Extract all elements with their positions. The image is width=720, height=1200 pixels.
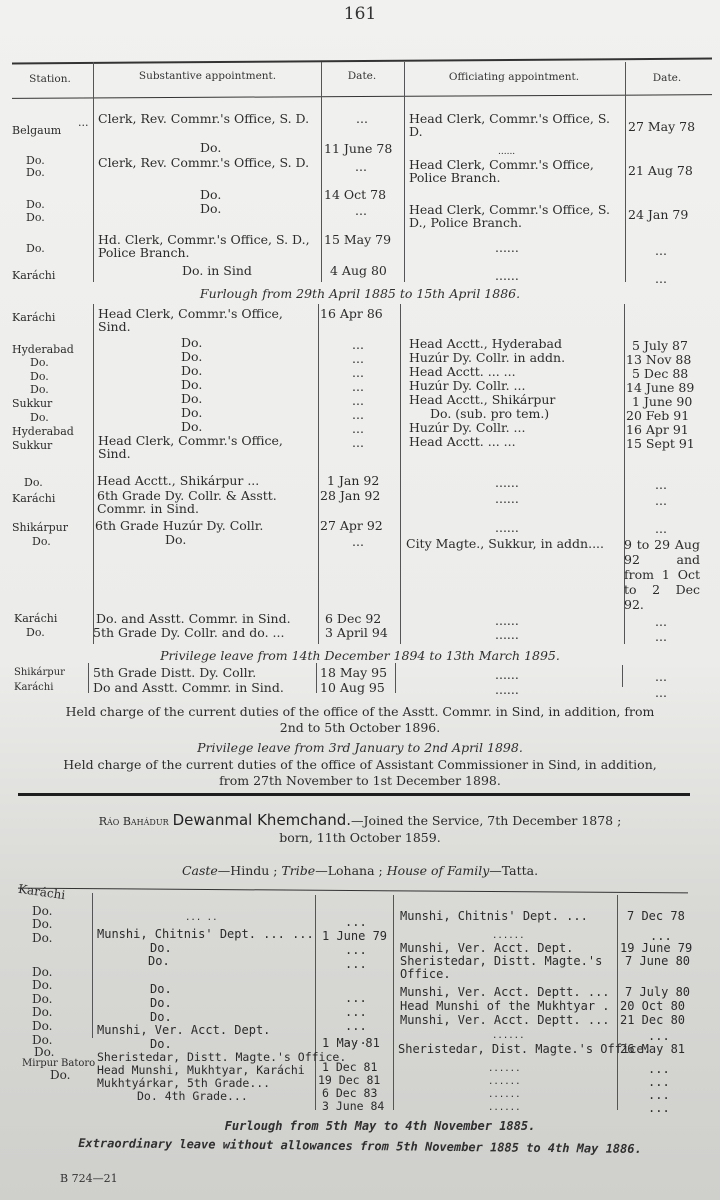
date-substantive: ...	[352, 422, 364, 435]
furlough-note: Furlough from 5th May to 4th November 18…	[20, 1119, 720, 1133]
section-separator	[18, 793, 690, 796]
header-date-1: Date.	[322, 70, 402, 82]
date-substantive: 1 June 79	[322, 930, 387, 943]
officiating-appointment: Sheristedar, Distt. Magte.'s Office.	[400, 955, 614, 981]
header-substantive: Substantive appointment.	[95, 70, 320, 82]
station: Do.	[32, 1020, 52, 1033]
date-officiating: 20 Oct 80	[620, 1000, 685, 1013]
tribe-value: —Lohana ;	[315, 863, 387, 878]
substantive-appointment: Do.	[181, 406, 202, 419]
station: Do.	[50, 1069, 70, 1082]
substantive-appointment: Do.	[148, 955, 170, 968]
station: Do.	[32, 918, 52, 931]
station: Karáchi	[17, 883, 66, 902]
paragraph-line: Held charge of the current duties of the…	[40, 757, 680, 773]
date-substantive: ...	[352, 436, 364, 449]
date-officiating: 27 May 78	[628, 120, 695, 133]
officiating-dots: ......	[488, 1076, 521, 1089]
officiating-appointment: Munshi, Ver. Acct. Deptt. ...	[400, 986, 610, 999]
station: Karáchi	[14, 612, 57, 625]
header-bottom-rule	[12, 94, 712, 99]
substantive-appointment: 5th Grade Dy. Collr. and do. ...	[93, 626, 284, 639]
date-substantive: ...	[345, 916, 367, 929]
officiating-dots: ......	[495, 269, 519, 282]
date-substantive: ...	[352, 408, 364, 421]
station: Shikárpur	[14, 666, 65, 679]
date-substantive: 10 Aug 95	[320, 681, 385, 694]
substantive-text: Hd. Clerk, Commr.'s Office, S. D., Polic…	[98, 232, 310, 260]
held-charge-paragraph-1: Held charge of the current duties of the…	[40, 704, 680, 736]
substantive-appointment: Do.	[181, 392, 202, 405]
station: Do.	[26, 242, 45, 255]
column-divider	[393, 895, 394, 1110]
privilege-leave-note: Privilege leave from 3rd January to 2nd …	[0, 740, 720, 755]
date-officiating: ...	[648, 1102, 670, 1115]
paragraph-line: 2nd to 5th October 1896.	[40, 720, 680, 736]
column-divider	[617, 895, 618, 1110]
column-divider	[88, 663, 89, 693]
station: Sukkur	[12, 397, 52, 410]
officiating-dots: ......	[495, 521, 519, 534]
station: Do.	[32, 535, 51, 548]
date-substantive: ...	[324, 112, 400, 125]
date-officiating: ...	[655, 522, 667, 535]
date-officiating: 24 Jan 79	[628, 208, 688, 221]
substantive-appointment: Do.	[200, 202, 221, 215]
officiating-appointment: Huzúr Dy. Collr. ...	[409, 379, 525, 392]
officiating-appointment: Munshi, Chitnis' Dept. ...	[400, 910, 588, 923]
table-top-rule	[18, 888, 688, 894]
officiating-text: Head Clerk, Commr.'s Office, S. D.	[409, 111, 610, 139]
date-officiating: ...	[655, 272, 667, 285]
date-officiating: ...	[655, 686, 667, 699]
station: Do.	[32, 932, 52, 945]
officiating-text: Head Clerk, Commr.'s Office, Police Bran…	[409, 157, 594, 185]
date-substantive: ...	[345, 992, 367, 1005]
station: Karáchi	[12, 269, 55, 282]
date-substantive: 1 Jan 92	[327, 474, 379, 487]
date-officiating-text: 9 to 29 Aug 92 and from 1 Oct to 2 Dec 9…	[624, 537, 700, 612]
header-officiating: Officiating appointment.	[405, 71, 623, 83]
date-officiating: 13 Nov 88	[626, 353, 691, 366]
officiating-appointment: Huzúr Dy. Collr. ...	[409, 421, 525, 434]
date-officiating: ...	[655, 494, 667, 507]
caste-value: —Hindu ;	[218, 863, 282, 878]
station: Do.	[24, 476, 43, 489]
date-officiating: 26 May 81	[620, 1043, 685, 1056]
date-officiating: 14 June 89	[626, 381, 694, 394]
column-divider	[404, 62, 405, 282]
column-divider	[92, 893, 93, 1038]
column-divider	[318, 304, 319, 644]
footer-code: B 724—21	[60, 1172, 118, 1185]
date-substantive: ...	[345, 1020, 367, 1033]
substantive-appointment: Do.	[181, 364, 202, 377]
date-officiating: ...	[655, 615, 667, 628]
date-officiating: 5 July 87	[632, 339, 688, 352]
date-substantive: 1 May 81	[322, 1037, 380, 1050]
station: Shikárpur	[12, 521, 68, 534]
date-substantive: 15 May 79	[324, 233, 391, 246]
officiating-dots: ......	[495, 492, 519, 505]
document-page: 161 Station. Substantive appointment. Da…	[0, 0, 720, 1200]
officiating-dots: ......	[495, 683, 519, 696]
caste-label: Caste	[182, 863, 218, 878]
officiating-dots: ......	[488, 1089, 521, 1102]
house-value: —Tatta.	[489, 863, 538, 878]
substantive-appointment: Do.	[181, 378, 202, 391]
officiating-appointment: Head Acctt. ... ...	[409, 435, 516, 448]
house-label: House of Family	[387, 863, 490, 878]
substantive-appointment: Munshi, Ver. Acct. Dept.	[97, 1024, 270, 1037]
station: Karáchi	[14, 681, 53, 694]
column-divider	[625, 62, 626, 282]
column-divider	[316, 663, 317, 693]
substantive-appointment: Head Clerk, Commr.'s Office, Sind.	[98, 307, 316, 333]
date-substantive: 6 Dec 92	[325, 612, 381, 625]
officiating-appointment: Sheristedar, Dist. Magte.'s Office.	[398, 1043, 651, 1056]
paragraph-line: from 27th November to 1st December 1898.	[40, 773, 680, 789]
station: Hyderabad	[12, 343, 74, 356]
substantive-appointment: Do.	[200, 188, 221, 201]
substantive-appointment: Head Acctt., Shikárpur ...	[97, 474, 259, 487]
substantive-appointment: Clerk, Rev. Commr.'s Office, S. D.	[98, 112, 318, 125]
station: Do.	[26, 626, 45, 639]
substantive-appointment: Do. in Sind	[182, 264, 252, 277]
date-substantive: 28 Jan 92	[320, 489, 380, 502]
substantive-appointment: Head Clerk, Commr.'s Office, Sind.	[98, 434, 316, 460]
dots: ...	[78, 116, 89, 129]
station: Do.	[32, 979, 52, 992]
header-station: Station.	[10, 73, 90, 85]
date-officiating: ...	[655, 630, 667, 643]
date-substantive: 4 Aug 80	[330, 264, 387, 277]
substantive-appointment: Munshi, Chitnis' Dept. ... ...	[97, 928, 314, 941]
column-divider	[315, 895, 316, 1110]
station: Do.	[30, 370, 49, 383]
column-divider	[622, 665, 623, 687]
substantive-appointment: 6th Grade Dy. Collr. & Asstt. Commr. in …	[97, 489, 317, 515]
date-substantive: ...	[352, 338, 364, 351]
caste-line: Caste—Hindu ; Tribe—Lohana ; House of Fa…	[40, 862, 680, 879]
tribe-label: Tribe	[281, 863, 315, 878]
substantive-appointment: Do.	[181, 350, 202, 363]
officiating-appointment: Munshi, Ver. Acct. Deptt. ...	[400, 1014, 610, 1027]
officiating-dots: ......	[488, 1063, 521, 1076]
station: Do.	[30, 383, 49, 396]
substantive-dots: ... ..	[185, 912, 218, 925]
date-substantive: ...	[352, 352, 364, 365]
substantive-appointment: Do and Asstt. Commr. in Sind.	[93, 681, 284, 694]
date-substantive: 3 April 94	[325, 626, 388, 639]
date-substantive: 14 Oct 78	[324, 188, 386, 201]
officiating-dots: ......	[495, 614, 519, 627]
date-officiating: 21 Aug 78	[628, 164, 693, 177]
substantive-appointment: 5th Grade Distt. Dy. Collr.	[93, 666, 256, 679]
date-substantive: ...	[345, 1006, 367, 1019]
date-substantive: 11 June 78	[324, 142, 392, 155]
joined-service: —Joined the Service, 7th December 1878 ;	[351, 813, 621, 828]
officiating-appointment: Head Acctt., Shikárpur	[409, 393, 555, 406]
date-substantive: ...	[355, 204, 367, 217]
date-officiating: 15 Sept 91	[626, 437, 695, 450]
extraordinary-leave-note: Extraordinary leave without allowances f…	[0, 1135, 720, 1157]
officiating-appointment: City Magte., Sukkur, in addn....	[406, 537, 604, 550]
officiating-dots: ......	[495, 628, 519, 641]
date-officiating: ...	[655, 244, 667, 257]
date-substantive: 27 Apr 92	[320, 519, 383, 532]
date-officiating: 21 Dec 80	[620, 1014, 685, 1027]
substantive-text: Head Clerk, Commr.'s Office, Sind.	[98, 433, 283, 461]
person-heading: Ráo Bahádur Dewanmal Khemchand.—Joined t…	[40, 812, 680, 830]
date-substantive: ...	[352, 394, 364, 407]
date-officiating: 1 June 90	[632, 395, 692, 408]
officiating-appointment: Head Munshi of the Mukhtyar .	[400, 1000, 610, 1013]
substantive-text: Head Clerk, Commr.'s Office, Sind.	[98, 306, 283, 334]
date-officiating: 7 Dec 78	[627, 910, 685, 923]
header-top-rule	[12, 58, 712, 65]
substantive-appointment: Do.	[181, 420, 202, 433]
person-name: Dewanmal Khemchand.	[173, 811, 351, 829]
held-charge-paragraph-2: Held charge of the current duties of the…	[40, 757, 680, 789]
date-substantive: ...	[355, 160, 367, 173]
officiating-dots: ......	[495, 476, 519, 489]
substantive-appointment: Do.	[200, 141, 221, 154]
born-line: born, 11th October 1859.	[40, 829, 680, 846]
officiating-dots: ......	[495, 668, 519, 681]
column-divider	[93, 304, 94, 644]
substantive-appointment: 6th Grade Huzúr Dy. Collr.	[95, 519, 263, 532]
substantive-appointment: Do.	[150, 997, 172, 1010]
substantive-appointment: Clerk, Rev. Commr.'s Office, S. D.	[98, 156, 309, 169]
officiating-text: Sheristedar, Distt. Magte.'s Office.	[400, 954, 602, 981]
station: Karáchi	[12, 492, 55, 505]
substantive-appointment: Do.	[150, 983, 172, 996]
substantive-appointment: Hd. Clerk, Commr.'s Office, S. D., Polic…	[98, 233, 318, 259]
date-substantive: ...	[345, 944, 367, 957]
station: Karáchi	[12, 311, 55, 324]
date-substantive: 16 Apr 86	[320, 307, 383, 320]
officiating-appointment: Head Acctt., Hyderabad	[409, 337, 562, 350]
date-officiating-multiline: 9 to 29 Aug 92 and from 1 Oct to 2 Dec 9…	[624, 537, 700, 612]
substantive-appointment: Do.	[181, 336, 202, 349]
date-substantive: 18 May 95	[320, 666, 387, 679]
date-substantive: ...	[352, 366, 364, 379]
date-officiating: 7 July 80	[625, 986, 690, 999]
date-officiating: 7 June 80	[625, 955, 690, 968]
station: Do.	[32, 1006, 52, 1019]
date-substantive: 3 June 84	[322, 1100, 384, 1113]
officiating-appointment: Do. (sub. pro tem.)	[430, 407, 549, 420]
officiating-dots: ......	[488, 1102, 521, 1115]
date-substantive: ...	[352, 380, 364, 393]
station: Sukkur	[12, 439, 52, 452]
date-officiating: ...	[655, 478, 667, 491]
station: Hyderabad	[12, 425, 74, 438]
station: Do.	[30, 356, 49, 369]
column-divider	[321, 62, 322, 282]
substantive-text: 6th Grade Dy. Collr. & Asstt. Commr. in …	[97, 488, 277, 516]
station: Do.	[30, 411, 49, 424]
station: Do.	[26, 198, 45, 211]
officiating-dots: ......	[495, 241, 519, 254]
furlough-note: Furlough from 29th April 1885 to 15th Ap…	[0, 286, 720, 301]
date-officiating: ...	[655, 670, 667, 683]
date-officiating: 5 Dec 88	[632, 367, 688, 380]
page-number: 161	[0, 4, 720, 24]
station: Do.	[26, 211, 45, 224]
column-divider	[395, 663, 396, 693]
officiating-text: Head Clerk, Commr.'s Office, S. D., Poli…	[409, 202, 610, 230]
column-divider	[93, 62, 94, 282]
date-officiating: 16 Apr 91	[626, 423, 689, 436]
station: Belgaum	[12, 124, 61, 137]
officiating-appointment: Head Acctt. ... ...	[409, 365, 516, 378]
header-date-2: Date.	[628, 72, 706, 84]
substantive-appointment: Do. 4th Grade...	[137, 1090, 248, 1103]
officiating-appointment: Head Clerk, Commr.'s Office, S. D.	[409, 112, 623, 138]
officiating-appointment: Head Clerk, Commr.'s Office, S. D., Poli…	[409, 203, 623, 229]
officiating-appointment: Head Clerk, Commr.'s Office, Police Bran…	[409, 158, 623, 184]
column-divider	[400, 304, 401, 644]
paragraph-line: Held charge of the current duties of the…	[40, 704, 680, 720]
substantive-text: Clerk, Rev. Commr.'s Office, S. D.	[98, 111, 309, 126]
privilege-leave-note: Privilege leave from 14th December 1894 …	[0, 648, 720, 663]
substantive-appointment: Do.	[165, 533, 186, 546]
substantive-appointment: Do. and Asstt. Commr. in Sind.	[96, 612, 291, 625]
date-substantive: ...	[352, 535, 364, 548]
station: Do.	[26, 166, 45, 179]
officiating-appointment: Huzúr Dy. Collr. in addn.	[409, 351, 565, 364]
date-substantive: ...	[345, 958, 367, 971]
honorific-title: Ráo Bahádur	[99, 815, 169, 828]
date-officiating: 20 Feb 91	[626, 409, 689, 422]
